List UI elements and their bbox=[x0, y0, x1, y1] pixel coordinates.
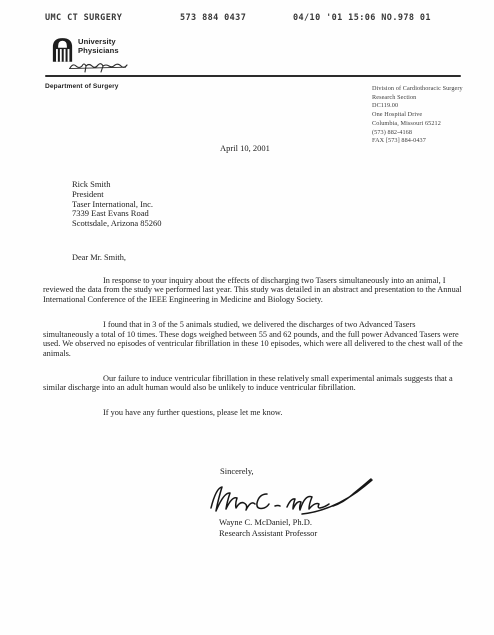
fax-timestamp: 04/10 '01 15:06 NO.978 01 bbox=[293, 13, 431, 23]
division-line: Research Section bbox=[372, 94, 463, 103]
division-address-block: Division of Cardiothoracic Surgery Resea… bbox=[372, 85, 463, 146]
university-physicians-logo: University Physicians bbox=[52, 37, 119, 62]
fax-phone-number: 573 884 0437 bbox=[180, 13, 246, 23]
paragraph-3: Our failure to induce ventricular fibril… bbox=[43, 374, 463, 393]
division-line: Division of Cardiothoracic Surgery bbox=[372, 85, 463, 94]
handwritten-signature bbox=[205, 476, 380, 520]
paragraph-2: I found that in 3 of the 5 animals studi… bbox=[43, 320, 463, 359]
division-line: (573) 882-4168 bbox=[372, 129, 463, 138]
signature-block: Wayne C. McDaniel, Ph.D. Research Assist… bbox=[219, 517, 317, 538]
division-line: DC119.00 bbox=[372, 102, 463, 111]
division-line: Columbia, Missouri 65212 bbox=[372, 120, 463, 129]
scanned-letter-page: UMC CT SURGERY 573 884 0437 04/10 '01 15… bbox=[0, 0, 494, 635]
salutation: Dear Mr. Smith, bbox=[72, 253, 463, 263]
letterhead-divider-rule bbox=[45, 75, 461, 77]
department-label: Department of Surgery bbox=[45, 83, 119, 90]
logo-script-signature bbox=[68, 60, 130, 74]
letter-body: Dear Mr. Smith, In response to your inqu… bbox=[43, 253, 463, 433]
letter-date: April 10, 2001 bbox=[220, 143, 270, 153]
signer-name: Wayne C. McDaniel, Ph.D. bbox=[219, 517, 317, 528]
fax-sender-id: UMC CT SURGERY bbox=[45, 13, 122, 23]
logo-line-2: Physicians bbox=[78, 47, 119, 56]
division-line: One Hospital Drive bbox=[372, 111, 463, 120]
paragraph-1: In response to your inquiry about the ef… bbox=[43, 276, 463, 305]
logo-wordmark: University Physicians bbox=[78, 38, 119, 55]
recipient-city: Scottsdale, Arizona 85260 bbox=[72, 219, 161, 229]
signer-title: Research Assistant Professor bbox=[219, 528, 317, 539]
division-line: FAX [573] 884-0437 bbox=[372, 137, 463, 146]
recipient-address-block: Rick Smith President Taser International… bbox=[72, 180, 161, 229]
columns-arch-icon bbox=[52, 37, 73, 62]
paragraph-4: If you have any further questions, pleas… bbox=[43, 408, 463, 418]
